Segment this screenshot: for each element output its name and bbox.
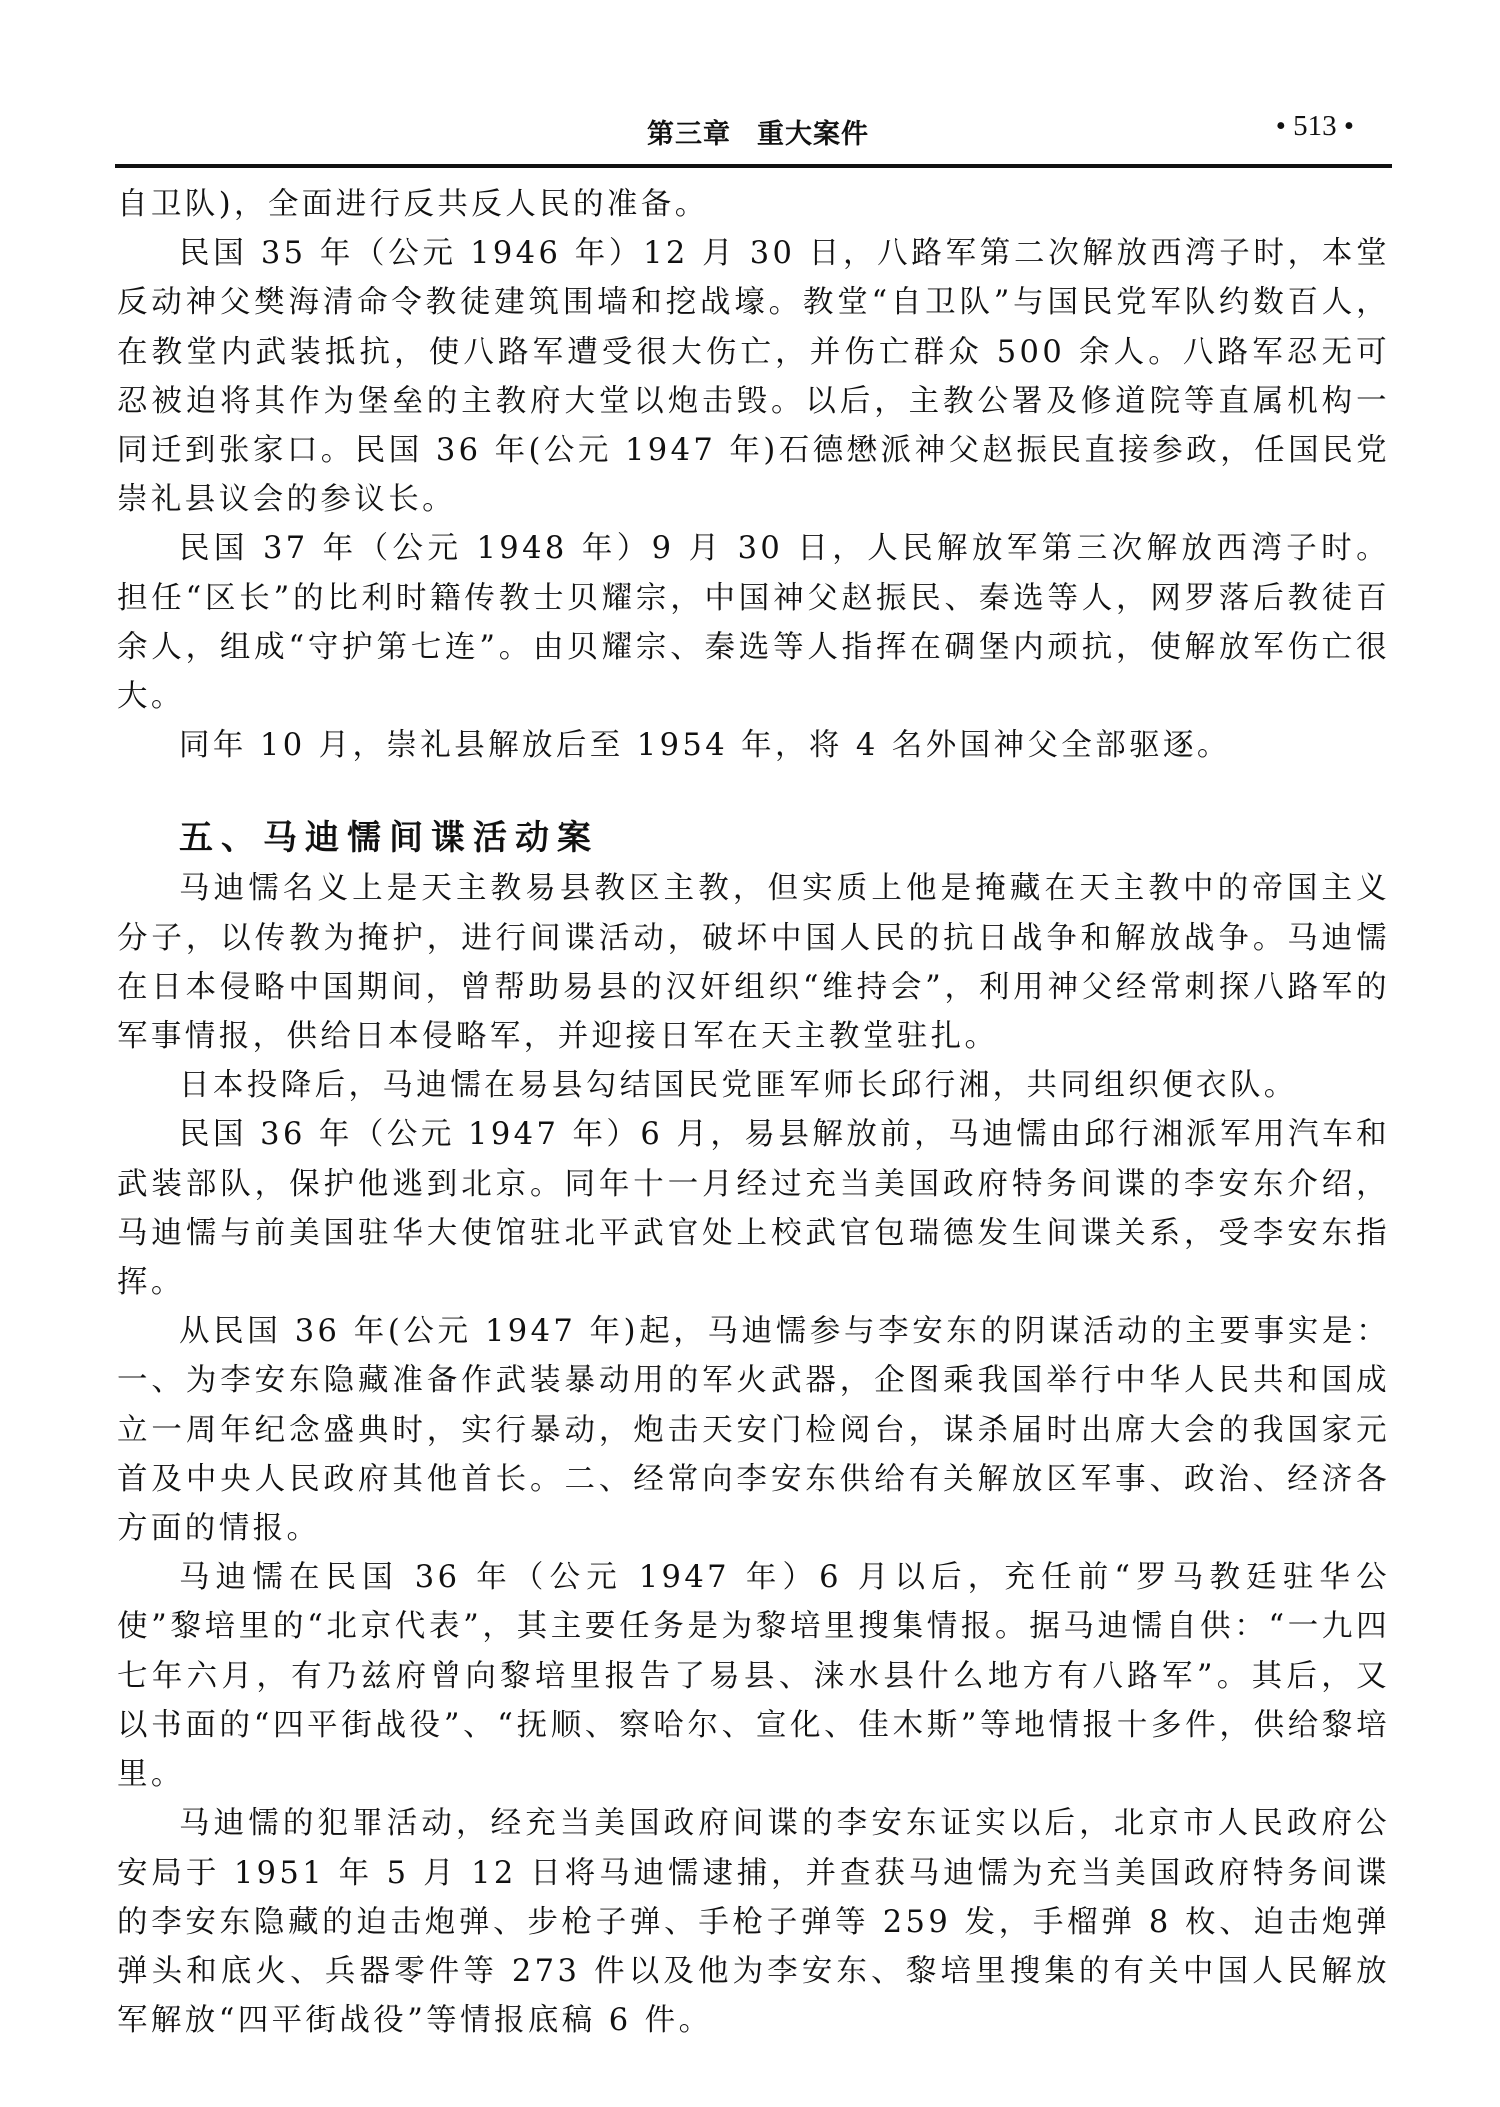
paragraph: 马迪懦的犯罪活动，经充当美国政府间谍的李安东证实以后，北京市人民政府公安局于 1… — [117, 1799, 1390, 2045]
page-number: • 513 • — [1276, 110, 1354, 143]
paragraph: 日本投降后，马迪懦在易县勾结国民党匪军师长邱行湘，共同组织便衣队。 — [117, 1061, 1390, 1110]
chapter-label: 第三章 — [647, 119, 731, 150]
running-title: 第三章重大案件 — [647, 112, 869, 151]
header-rule — [115, 164, 1392, 168]
section-title: 五、马迪懦间谍活动案 — [179, 812, 1390, 864]
paragraph: 马迪懦名义上是天主教易县教区主教，但实质上他是掩藏在天主教中的帝国主义分子，以传… — [117, 864, 1390, 1061]
paragraph: 马迪懦在民国 36 年（公元 1947 年）6 月以后，充任前“罗马教廷驻华公使… — [117, 1553, 1390, 1799]
paragraph: 民国 36 年（公元 1947 年）6 月，易县解放前，马迪懦由邱行湘派军用汽车… — [117, 1110, 1390, 1307]
paragraph: 自卫队)，全面进行反共反人民的准备。 — [117, 180, 1390, 229]
body-text: 自卫队)，全面进行反共反人民的准备。 民国 35 年（公元 1946 年）12 … — [117, 180, 1390, 2045]
page-header: 第三章重大案件 • 513 • — [117, 112, 1392, 152]
paragraph: 民国 37 年（公元 1948 年）9 月 30 日，人民解放军第三次解放西湾子… — [117, 524, 1390, 721]
paragraph: 从民国 36 年(公元 1947 年)起，马迪懦参与李安东的阴谋活动的主要事实是… — [117, 1307, 1390, 1553]
chapter-title: 重大案件 — [757, 119, 869, 150]
paragraph: 民国 35 年（公元 1946 年）12 月 30 日，八路军第二次解放西湾子时… — [117, 229, 1390, 524]
paragraph: 同年 10 月，崇礼县解放后至 1954 年，将 4 名外国神父全部驱逐。 — [117, 721, 1390, 770]
